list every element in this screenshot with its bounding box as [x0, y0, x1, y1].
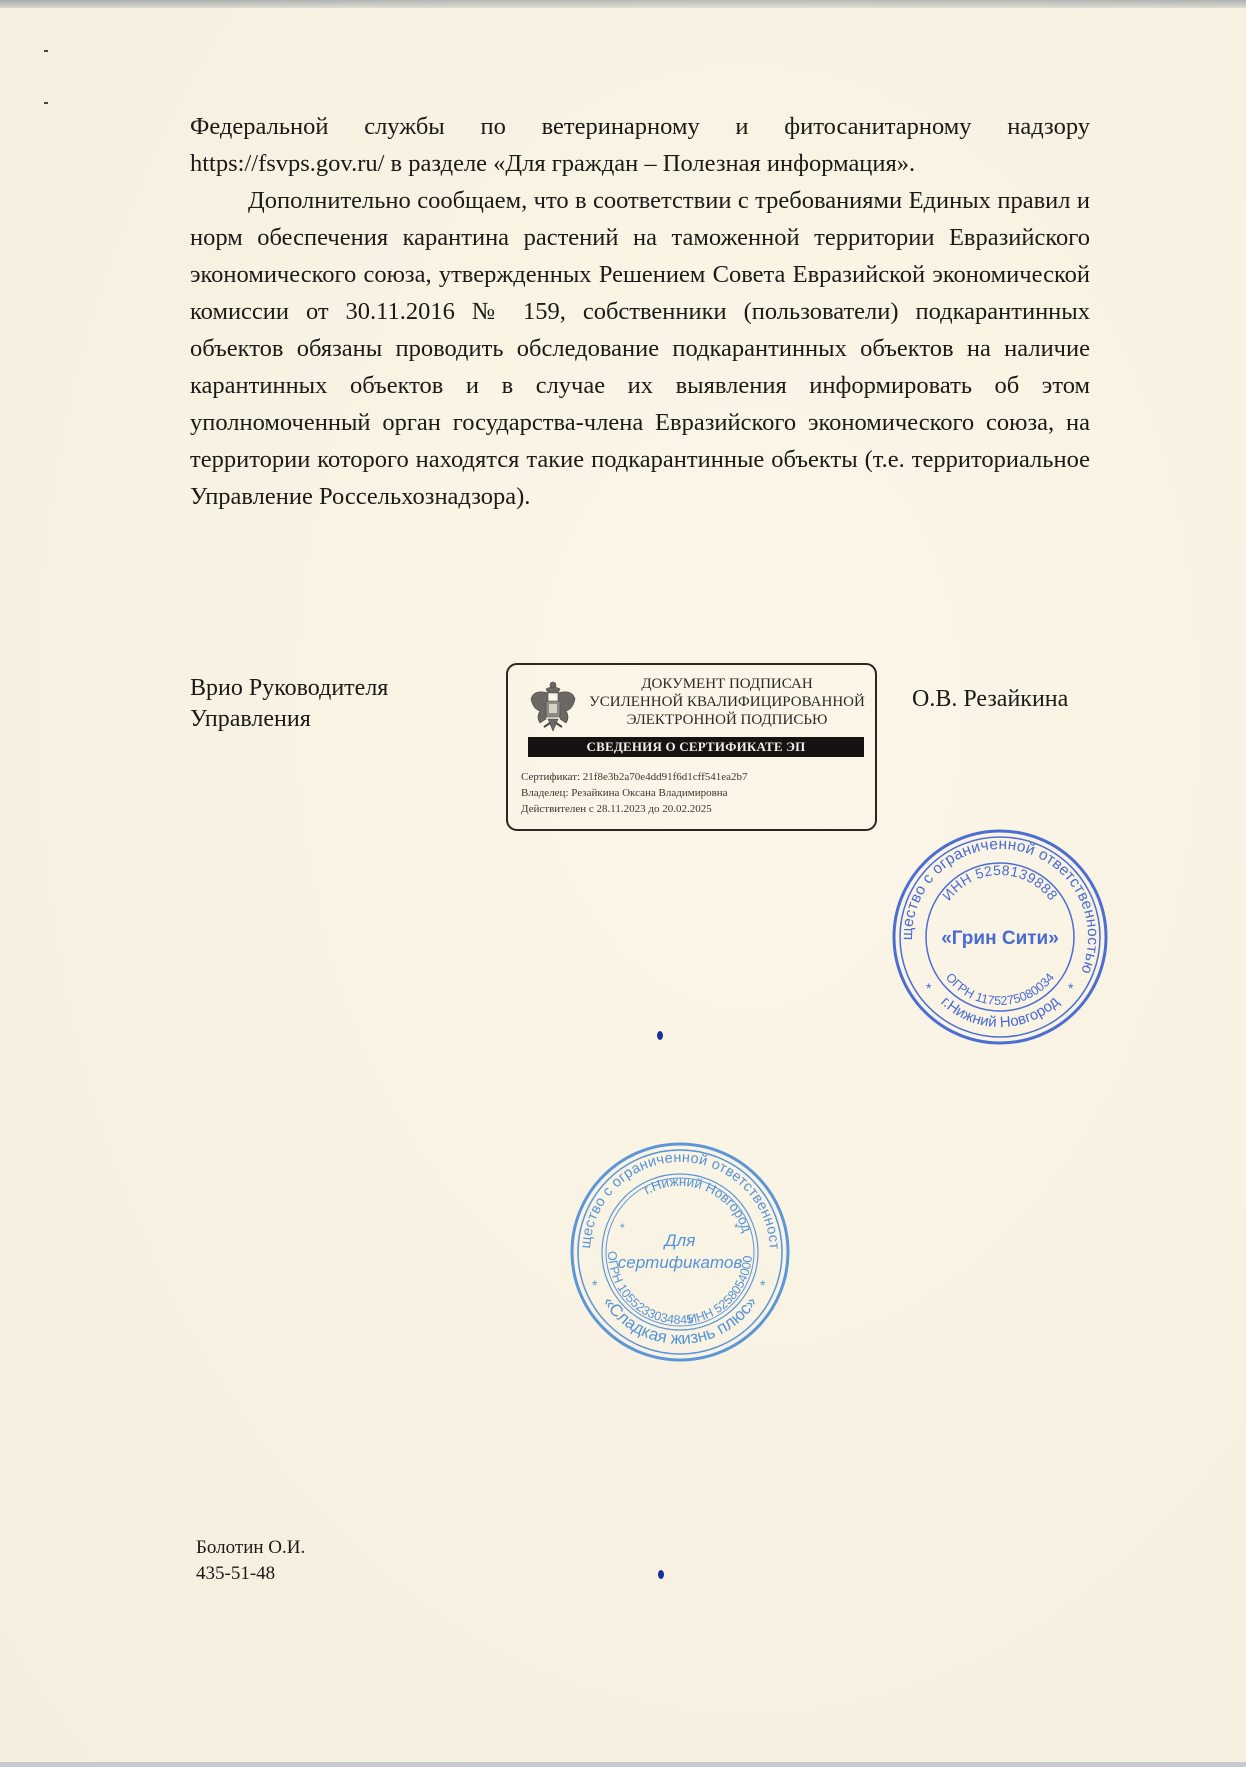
signatory-position: Врио Руководителя Управления — [190, 673, 388, 735]
stamp-center-line-1: Для — [663, 1231, 696, 1250]
paragraph-1-line-2: https://fsvps.gov.ru/ в разделе «Для гра… — [190, 145, 1090, 182]
scan-top-edge — [0, 0, 1246, 8]
certificate-details: Сертификат: 21f8e3b2a70e4dd91f6d1cff541e… — [521, 769, 748, 817]
executor-info: Болотин О.И. 435-51-48 — [196, 1535, 305, 1587]
svg-text:ИНН 5258139888: ИНН 5258139888 — [939, 862, 1061, 903]
star-icon: * — [760, 1277, 766, 1293]
executor-phone: 435-51-48 — [196, 1561, 305, 1587]
stamp-company-name: «Грин Сити» — [941, 928, 1059, 949]
star-icon: * — [592, 1277, 598, 1293]
paragraph-2: Дополнительно сообщаем, что в соответств… — [190, 182, 1090, 515]
star-icon: * — [926, 980, 932, 996]
certificate-validity: Действителен с 28.11.2023 до 20.02.2025 — [521, 801, 748, 817]
electronic-signature-box: ДОКУМЕНТ ПОДПИСАН УСИЛЕННОЙ КВАЛИФИЦИРОВ… — [506, 663, 877, 831]
certificate-info-bar: СВЕДЕНИЯ О СЕРТИФИКАТЕ ЭП — [528, 737, 864, 757]
stamp-outer-text: Общество с ограниченной ответственностью — [888, 825, 1101, 976]
position-line-2: Управления — [190, 704, 388, 735]
company-stamp-sweet-life: Общество с ограниченной ответственностью… — [568, 1140, 792, 1364]
certificate-number: Сертификат: 21f8e3b2a70e4dd91f6d1cff541e… — [521, 769, 748, 785]
star-icon: * — [1068, 980, 1074, 996]
svg-text:Общество с ограниченной ответс: Общество с ограниченной ответственностью — [888, 825, 1101, 976]
scan-speck — [44, 102, 48, 104]
document-page: { "body": { "paragraph1_lines": [ "Федер… — [0, 0, 1246, 1767]
ink-dot — [657, 1031, 663, 1040]
signatory-name: О.В. Резайкина — [912, 686, 1068, 713]
letter-body: Федеральной службы по ветеринарному и фи… — [190, 108, 1090, 515]
star-icon: * — [620, 1221, 625, 1235]
stamp-center-line-2: сертификатов — [618, 1253, 743, 1272]
coat-of-arms-icon — [528, 679, 578, 735]
position-line-1: Врио Руководителя — [190, 673, 388, 704]
company-stamp-green-city: Общество с ограниченной ответственностью… — [888, 825, 1112, 1049]
scan-bottom-edge — [0, 1762, 1246, 1767]
header-line-3: ЭЛЕКТРОННОЙ ПОДПИСЬЮ — [582, 711, 872, 729]
paragraph-1-line-1: Федеральной службы по ветеринарному и фи… — [190, 108, 1090, 145]
certificate-owner: Владелец: Резайкина Оксана Владимировна — [521, 785, 748, 801]
header-line-2: УСИЛЕННОЙ КВАЛИФИЦИРОВАННОЙ — [582, 693, 872, 711]
ink-dot — [658, 1570, 664, 1579]
executor-name: Болотин О.И. — [196, 1535, 305, 1561]
scan-speck — [44, 50, 48, 52]
star-icon: * — [734, 1221, 739, 1235]
header-line-1: ДОКУМЕНТ ПОДПИСАН — [582, 675, 872, 693]
e-signature-header: ДОКУМЕНТ ПОДПИСАН УСИЛЕННОЙ КВАЛИФИЦИРОВ… — [582, 675, 872, 729]
stamp-inn: ИНН 5258139888 — [939, 862, 1061, 903]
